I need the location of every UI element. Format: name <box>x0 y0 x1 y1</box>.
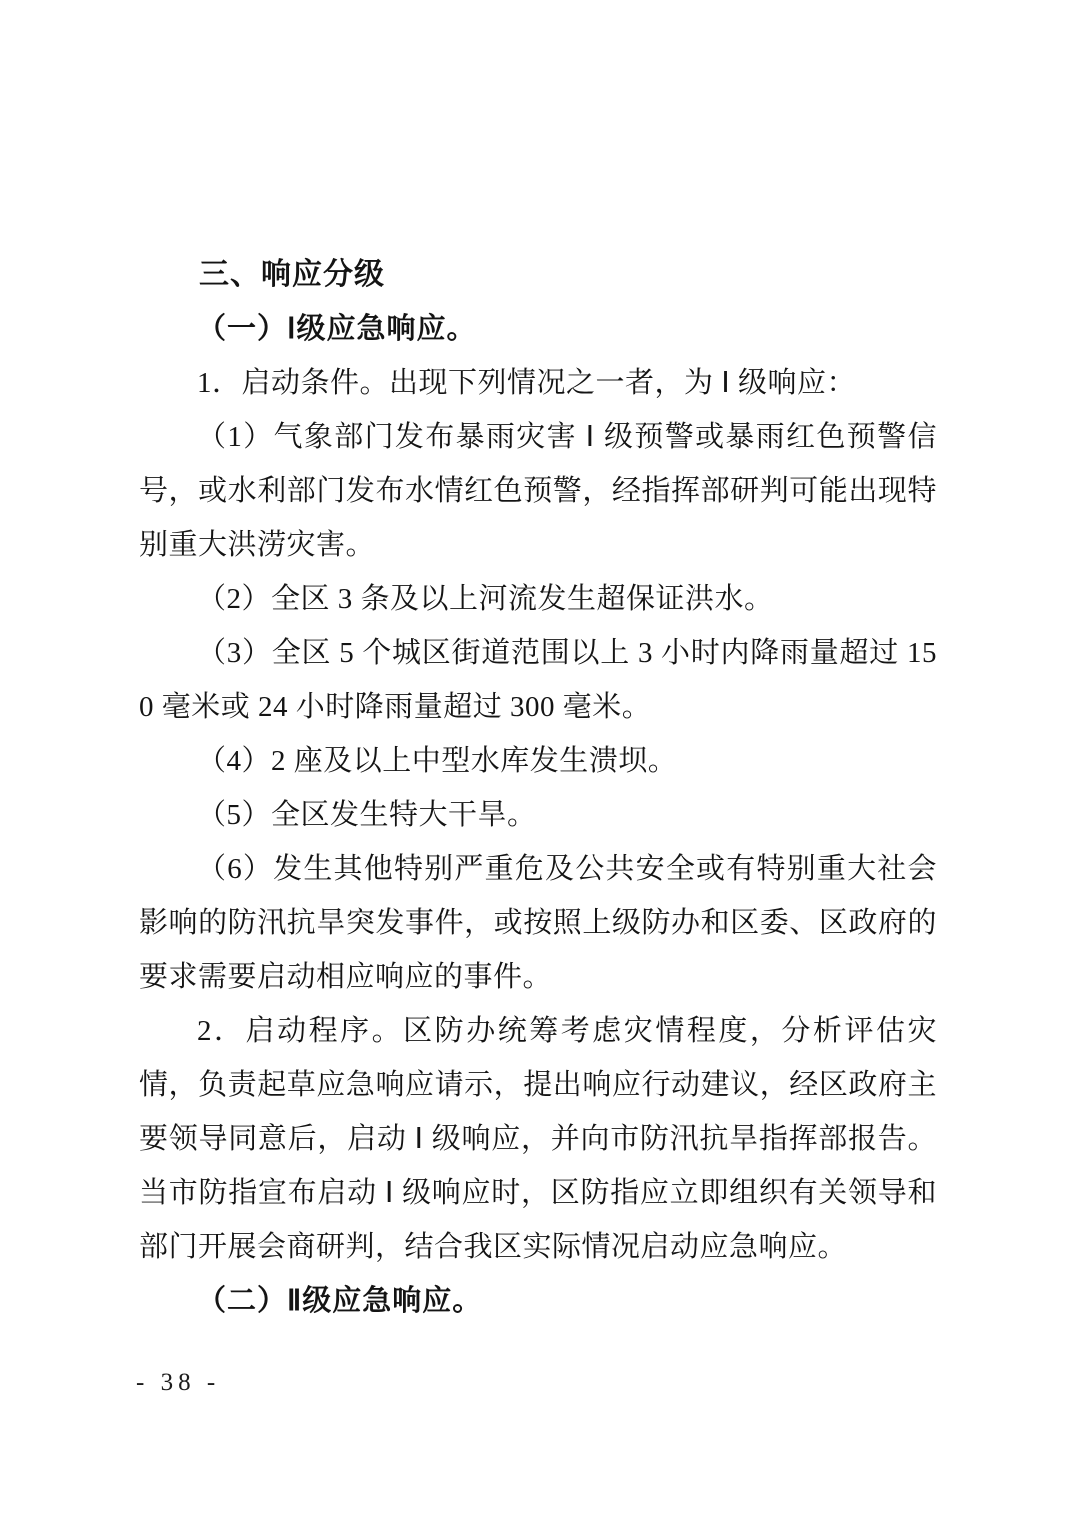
para-condition-6: （6）发生其他特别严重危及公共安全或有特别重大社会影响的防汛抗旱突发事件，或按照… <box>139 842 937 1004</box>
para-start-conditions-intro: 1．启动条件。出现下列情况之一者，为 Ⅰ 级响应： <box>139 356 937 410</box>
para-condition-4: （4）2 座及以上中型水库发生溃坝。 <box>139 734 937 788</box>
section-heading-response-levels: 三、响应分级 <box>139 248 937 302</box>
para-start-procedure: 2．启动程序。区防办统筹考虑灾情程度，分析评估灾情，负责起草应急响应请示，提出响… <box>139 1004 937 1274</box>
document-body: 三、响应分级 （一）Ⅰ级应急响应。 1．启动条件。出现下列情况之一者，为 Ⅰ 级… <box>139 248 937 1328</box>
para-condition-5: （5）全区发生特大干旱。 <box>139 788 937 842</box>
document-page: 三、响应分级 （一）Ⅰ级应急响应。 1．启动条件。出现下列情况之一者，为 Ⅰ 级… <box>0 0 1074 1520</box>
subsection-heading-level-2-response: （二）Ⅱ级应急响应。 <box>139 1274 937 1328</box>
para-condition-2: （2）全区 3 条及以上河流发生超保证洪水。 <box>139 572 937 626</box>
subsection-heading-level-1-response: （一）Ⅰ级应急响应。 <box>139 302 937 356</box>
page-number: - 38 - <box>136 1366 220 1400</box>
para-condition-3: （3）全区 5 个城区街道范围以上 3 小时内降雨量超过 150 毫米或 24 … <box>139 626 937 734</box>
para-condition-1: （1）气象部门发布暴雨灾害 Ⅰ 级预警或暴雨红色预警信号，或水利部门发布水情红色… <box>139 410 937 572</box>
